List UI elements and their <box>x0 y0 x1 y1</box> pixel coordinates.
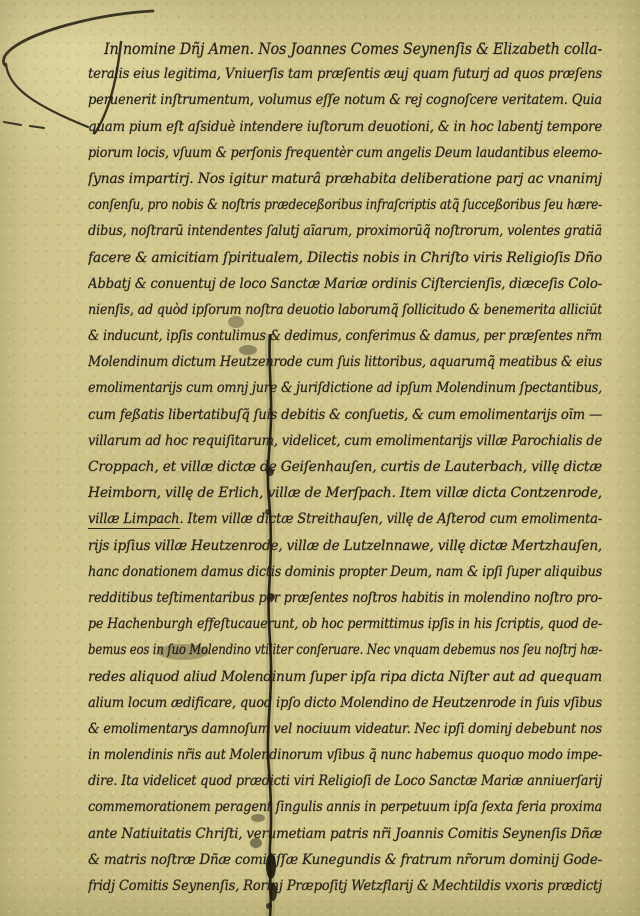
manuscript-line: piorum locis, vſuum & perſonis frequentè… <box>88 145 602 171</box>
line-segment: Abbatj & conuentuj de loco Sanctæ Mariæ … <box>88 276 602 292</box>
manuscript-line: bemus eos in ſuo Molendino vtiliter conſ… <box>88 642 602 668</box>
line-segment: villarum ad hoc requiſitarum, videlicet,… <box>88 433 602 449</box>
line-segment: cum feßatis libertatibuſq̃ ſuis debitis … <box>88 407 602 423</box>
line-segment: bemus eos in ſuo Molendino vtiliter conſ… <box>88 642 602 658</box>
line-segment: quam pium eſt aſsiduè intendere iuſtorum… <box>88 119 602 135</box>
line-segment: ſynas impartirj. Nos igitur maturâ præha… <box>88 171 602 187</box>
line-segment: teralis eius legitima, Vniuerſis tam præ… <box>88 66 602 82</box>
underlined-phrase: villæ Limpach <box>88 511 179 529</box>
line-segment: conſenſu, pro nobis & noſtris prædeceßor… <box>88 197 602 213</box>
line-text: in molendinis nr̃is aut Molendinorum vſi… <box>88 747 602 763</box>
line-segment: redes aliquod aliud Molendinum ſuper ipſ… <box>88 669 602 685</box>
manuscript-line: Molendinum dictum Heutzenrode cum ſuis l… <box>88 354 602 380</box>
manuscript-line: in molendinis nr̃is aut Molendinorum vſi… <box>88 747 602 773</box>
manuscript-line: conſenſu, pro nobis & noſtris prædeceßor… <box>88 197 602 223</box>
line-text: quam pium eſt aſsiduè intendere iuſtorum… <box>88 119 602 135</box>
line-segment: alium locum ædificare, quod ipſo dicto M… <box>88 695 602 711</box>
line-segment: Croppach, et villæ dictæ de Geiſenhauſen… <box>88 459 602 475</box>
manuscript-line: rijs ipſius villæ Heutzenrode, villæ de … <box>88 538 602 564</box>
line-text: teralis eius legitima, Vniuerſis tam præ… <box>88 66 602 82</box>
manuscript-line: In nomine Dñj Amen. Nos Joannes Comes Se… <box>88 40 602 66</box>
manuscript-line: quam pium eſt aſsiduè intendere iuſtorum… <box>88 119 602 145</box>
line-text: peruenerit inſtrumentum, volumus eſſe no… <box>88 92 602 108</box>
manuscript-line: Croppach, et villæ dictæ de Geiſenhauſen… <box>88 459 602 485</box>
manuscript-line: ſynas impartirj. Nos igitur maturâ præha… <box>88 171 602 197</box>
line-text: Abbatj & conuentuj de loco Sanctæ Mariæ … <box>88 276 602 292</box>
manuscript-line: redes aliquod aliud Molendinum ſuper ipſ… <box>88 669 602 695</box>
manuscript-line: hanc donationem damus dictis dominis pro… <box>88 564 602 590</box>
manuscript-line: cum feßatis libertatibuſq̃ ſuis debitis … <box>88 407 602 433</box>
line-text: dibus, noſtrarū intendentes ſalutj aīaru… <box>88 223 602 239</box>
line-text: dire. Ita videlicet quod prædicti viri R… <box>88 773 602 789</box>
manuscript-line: ante Natiuitatis Chriſti, verumetiam pat… <box>88 826 602 852</box>
line-text: & emolimentarys damnoſum vel nociuum vid… <box>88 721 602 737</box>
manuscript-line: teralis eius legitima, Vniuerſis tam præ… <box>88 66 602 92</box>
line-text: bemus eos in ſuo Molendino vtiliter conſ… <box>88 642 602 658</box>
manuscript-line: & inducunt, ipſis contulimus & dedimus, … <box>88 328 602 354</box>
text-block: In nomine Dñj Amen. Nos Joannes Comes Se… <box>88 40 602 908</box>
line-segment: In nomine Dñj Amen. Nos Joannes Comes Se… <box>104 40 602 58</box>
line-text: rijs ipſius villæ Heutzenrode, villæ de … <box>88 538 602 554</box>
manuscript-line: peruenerit inſtrumentum, volumus eſſe no… <box>88 92 602 118</box>
line-text: facere & amicitiam ſpiritualem, Dilectis… <box>88 250 602 266</box>
line-segment: facere & amicitiam ſpiritualem, Dilectis… <box>88 250 602 266</box>
line-segment: nienſis, ad quòd ipſorum noſtra deuotio … <box>88 302 602 318</box>
manuscript-line: commemorationem peragent ſingulis annis … <box>88 799 602 825</box>
line-segment: & matris noſtræ Dñæ comitiſſæ Kunegundis… <box>88 852 602 868</box>
line-text: piorum locis, vſuum & perſonis frequentè… <box>88 145 602 161</box>
manuscript-line: redditibus teſtimentaribus per præſentes… <box>88 590 602 616</box>
manuscript-line: dibus, noſtrarū intendentes ſalutj aīaru… <box>88 223 602 249</box>
line-segment: emolimentarijs cum omnj jure & juriſdict… <box>88 380 602 396</box>
line-text: redditibus teſtimentaribus per præſentes… <box>88 590 602 606</box>
manuscript-line: villarum ad hoc requiſitarum, videlicet,… <box>88 433 602 459</box>
manuscript-page: In nomine Dñj Amen. Nos Joannes Comes Se… <box>0 0 640 916</box>
line-segment: fridj Comitis Seynenſis, Rorinj Præpoſit… <box>88 878 602 894</box>
line-segment: & emolimentarys damnoſum vel nociuum vid… <box>88 721 602 737</box>
line-text: Heimborn, villę de Erlich, villæ de Merſ… <box>88 485 602 501</box>
line-segment: pe Hachenburgh effeſtucauerunt, ob hoc p… <box>88 616 602 632</box>
line-segment: ante Natiuitatis Chriſti, verumetiam pat… <box>88 826 602 842</box>
manuscript-line: & emolimentarys damnoſum vel nociuum vid… <box>88 721 602 747</box>
line-text: ſynas impartirj. Nos igitur maturâ præha… <box>88 171 602 187</box>
line-text: redes aliquod aliud Molendinum ſuper ipſ… <box>88 669 602 685</box>
line-text: Molendinum dictum Heutzenrode cum ſuis l… <box>88 354 602 370</box>
line-text: nienſis, ad quòd ipſorum noſtra deuotio … <box>88 302 602 318</box>
line-text: villæ Limpach. Item villæ dictæ Streitha… <box>88 511 602 527</box>
line-text: fridj Comitis Seynenſis, Rorinj Præpoſit… <box>88 878 602 894</box>
line-text: Croppach, et villæ dictæ de Geiſenhauſen… <box>88 459 602 475</box>
line-text: commemorationem peragent ſingulis annis … <box>88 799 602 815</box>
line-segment: hanc donationem damus dictis dominis pro… <box>88 564 602 580</box>
line-text: conſenſu, pro nobis & noſtris prædeceßor… <box>88 197 602 213</box>
manuscript-line: villæ Limpach. Item villæ dictæ Streitha… <box>88 511 602 537</box>
line-segment: Molendinum dictum Heutzenrode cum ſuis l… <box>88 354 602 370</box>
line-segment: Heimborn, villę de Erlich, villæ de Merſ… <box>88 485 602 501</box>
manuscript-line: fridj Comitis Seynenſis, Rorinj Præpoſit… <box>88 878 602 904</box>
line-text: & matris noſtræ Dñæ comitiſſæ Kunegundis… <box>88 852 602 868</box>
line-text: cum feßatis libertatibuſq̃ ſuis debitis … <box>88 407 602 423</box>
line-text: alium locum ædificare, quod ipſo dicto M… <box>88 695 602 711</box>
line-segment: . Item villæ dictæ Streithauſen, villę d… <box>179 511 602 527</box>
manuscript-line: Abbatj & conuentuj de loco Sanctæ Mariæ … <box>88 276 602 302</box>
line-segment: in molendinis nr̃is aut Molendinorum vſi… <box>88 747 602 763</box>
manuscript-line: alium locum ædificare, quod ipſo dicto M… <box>88 695 602 721</box>
manuscript-line: pe Hachenburgh effeſtucauerunt, ob hoc p… <box>88 616 602 642</box>
manuscript-line: dire. Ita videlicet quod prædicti viri R… <box>88 773 602 799</box>
line-segment: piorum locis, vſuum & perſonis frequentè… <box>88 145 602 161</box>
manuscript-line: emolimentarijs cum omnj jure & juriſdict… <box>88 380 602 406</box>
line-text: pe Hachenburgh effeſtucauerunt, ob hoc p… <box>88 616 602 632</box>
line-text: hanc donationem damus dictis dominis pro… <box>88 564 602 580</box>
line-text: In nomine Dñj Amen. Nos Joannes Comes Se… <box>104 40 602 58</box>
manuscript-line: facere & amicitiam ſpiritualem, Dilectis… <box>88 250 602 276</box>
manuscript-line: & matris noſtræ Dñæ comitiſſæ Kunegundis… <box>88 852 602 878</box>
line-segment: dibus, noſtrarū intendentes ſalutj aīaru… <box>88 223 602 239</box>
line-segment: & inducunt, ipſis contulimus & dedimus, … <box>88 328 602 344</box>
line-segment: commemorationem peragent ſingulis annis … <box>88 799 602 815</box>
line-text: ante Natiuitatis Chriſti, verumetiam pat… <box>88 826 602 842</box>
line-text: villarum ad hoc requiſitarum, videlicet,… <box>88 433 602 449</box>
line-segment: peruenerit inſtrumentum, volumus eſſe no… <box>88 92 602 108</box>
line-segment: rijs ipſius villæ Heutzenrode, villæ de … <box>88 538 602 554</box>
line-segment: redditibus teſtimentaribus per præſentes… <box>88 590 602 606</box>
manuscript-line: nienſis, ad quòd ipſorum noſtra deuotio … <box>88 302 602 328</box>
line-segment: dire. Ita videlicet quod prædicti viri R… <box>88 773 602 789</box>
line-text: & inducunt, ipſis contulimus & dedimus, … <box>88 328 602 344</box>
manuscript-line: Heimborn, villę de Erlich, villæ de Merſ… <box>88 485 602 511</box>
line-text: emolimentarijs cum omnj jure & juriſdict… <box>88 380 602 396</box>
